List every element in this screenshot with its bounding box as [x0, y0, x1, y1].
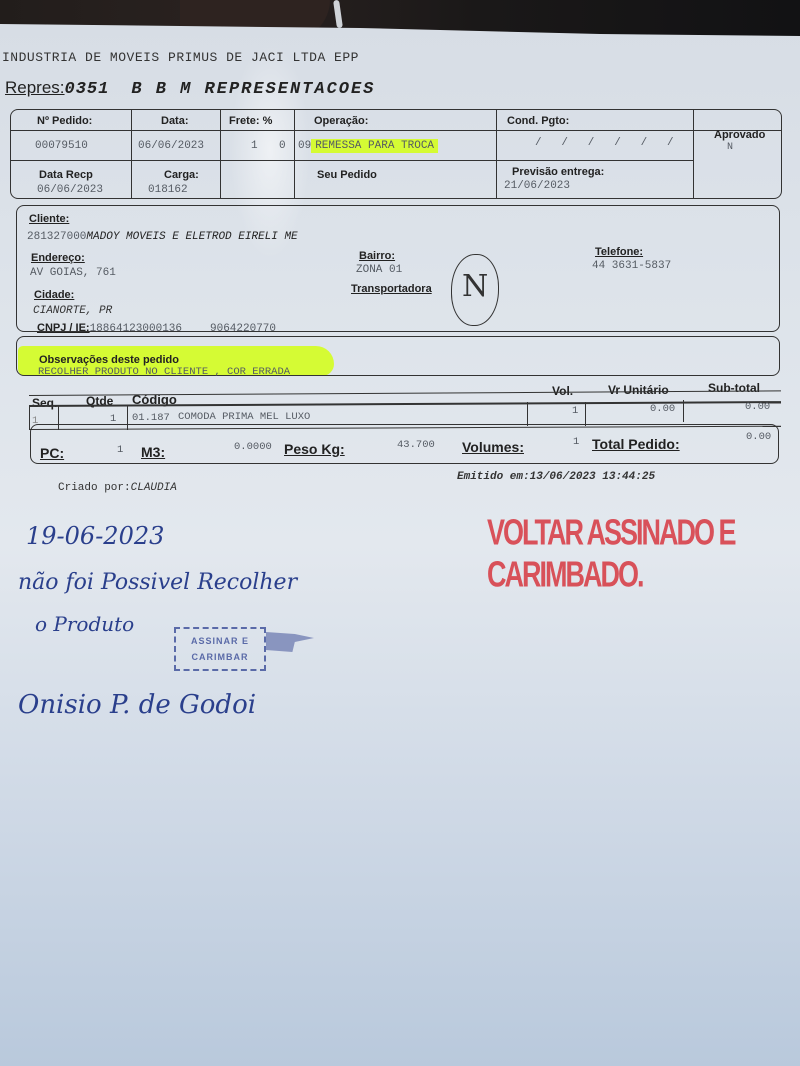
- aprovado-label: Aprovado: [714, 129, 765, 141]
- total-value: 0.00: [746, 431, 771, 443]
- client-box: Cliente: 281327000MADOY MOVEIS E ELETROD…: [16, 205, 780, 332]
- ie-value: 9064220770: [210, 323, 276, 335]
- cond-pgto-label: Cond. Pgto:: [507, 115, 569, 127]
- cell-vol: 1: [572, 405, 578, 417]
- volumes-value: 1: [573, 436, 579, 448]
- emitido-label: Emitido em:: [457, 471, 530, 483]
- divider: [29, 406, 30, 430]
- bairro-value: ZONA 01: [356, 264, 402, 276]
- criado-por: Criado por:CLAUDIA: [58, 482, 177, 494]
- cell-subtotal: 0.00: [745, 401, 770, 413]
- cnpj-value: 18864123000136: [90, 323, 182, 335]
- cell-descricao: COMODA PRIMA MEL LUXO: [178, 411, 310, 423]
- criado-value: CLAUDIA: [131, 482, 177, 494]
- cell-codigo: 01.187: [132, 412, 170, 424]
- stamp-line-1: ASSINAR E: [176, 633, 264, 649]
- m3-label: M3:: [141, 444, 165, 460]
- divider: [527, 402, 528, 426]
- cliente-value: 281327000MADOY MOVEIS E ELETROD EIRELI M…: [27, 230, 298, 243]
- cidade-label: Cidade:: [34, 289, 74, 301]
- cliente-code: 281327000: [27, 231, 86, 243]
- company-name: INDUSTRIA DE MOVEIS PRIMUS DE JACI LTDA …: [2, 50, 359, 65]
- frete-value: 1: [251, 140, 258, 152]
- handwritten-note-line-1: não foi Possivel Recolher: [18, 570, 297, 595]
- totals-box: PC: 1 M3: 0.0000 Peso Kg: 43.700 Volumes…: [30, 424, 779, 464]
- frete-label: Frete: %: [229, 115, 272, 127]
- handwritten-date: 19-06-2023: [26, 522, 164, 550]
- repres-code: 0351: [65, 80, 110, 99]
- pc-value: 1: [117, 444, 123, 456]
- cliente-name: MADOY MOVEIS E ELETROD EIRELI ME: [86, 231, 297, 243]
- data-value: 06/06/2023: [138, 140, 204, 152]
- operacao-text: REMESSA PARA TROCA: [311, 139, 438, 153]
- m3-value: 0.0000: [234, 441, 272, 453]
- cnpj-label: CNPJ / IE:: [37, 322, 90, 334]
- data-recp-value: 06/06/2023: [37, 184, 103, 196]
- transportadora-label: Transportadora: [351, 283, 432, 295]
- divider: [585, 402, 586, 426]
- observations-label: Observações deste pedido: [39, 354, 179, 366]
- telefone-label: Telefone:: [595, 246, 643, 258]
- divider: [11, 160, 693, 161]
- aprovado-value: N: [727, 142, 733, 153]
- bairro-label: Bairro:: [359, 250, 395, 262]
- previsao-label: Previsão entrega:: [512, 166, 604, 178]
- frete-pct: 0: [279, 140, 286, 152]
- volumes-label: Volumes:: [462, 439, 524, 455]
- emitido-em: Emitido em:13/06/2023 13:44:25: [457, 471, 655, 483]
- representative: Repres:0351B B M REPRESENTACOES: [5, 78, 375, 99]
- observations-text: RECOLHER PRODUTO NO CLIENTE , COR ERRADA: [38, 366, 290, 378]
- handwritten-note-line-2: o Produto: [35, 612, 134, 636]
- column-vr-unitario: Vr Unitário: [608, 383, 669, 397]
- divider: [693, 110, 694, 198]
- data-recp-label: Data Recp: [39, 169, 93, 181]
- divider: [131, 110, 132, 198]
- return-signed-stamp: VOLTAR ASSINADO E CARIMBADO.: [487, 512, 800, 596]
- repres-label: Repres:: [5, 78, 65, 97]
- column-subtotal: Sub-total: [708, 381, 760, 395]
- telefone-value: 44 3631-5837: [592, 260, 671, 272]
- sign-and-stamp-stamp: ASSINAR E CARIMBAR: [174, 627, 266, 671]
- pc-label: PC:: [40, 445, 64, 461]
- data-label: Data:: [161, 115, 189, 127]
- emitido-value: 13/06/2023 13:44:25: [530, 471, 655, 483]
- endereco-value: AV GOIAS, 761: [30, 267, 116, 279]
- cidade-value: CIANORTE, PR: [33, 305, 112, 317]
- observations-box: Observações deste pedido RECOLHER PRODUT…: [16, 336, 780, 376]
- divider: [683, 400, 684, 422]
- divider: [294, 110, 295, 198]
- circled-mark: N: [451, 254, 499, 326]
- circled-mark-letter: N: [462, 269, 488, 304]
- handwritten-signature: Onisio P. de Godoi: [18, 690, 256, 720]
- cliente-label: Cliente:: [29, 213, 69, 225]
- background-object-edge: [333, 0, 343, 28]
- criado-label: Criado por:: [58, 482, 131, 494]
- endereco-label: Endereço:: [31, 252, 85, 264]
- peso-label: Peso Kg:: [284, 441, 345, 457]
- order-header-box: Nº Pedido: 00079510 Data: 06/06/2023 Fre…: [10, 109, 782, 199]
- cond-pgto-value: / / / / / /: [535, 137, 674, 149]
- operacao-code: 09: [298, 140, 311, 152]
- cnpj-row: CNPJ / IE:188641230001369064220770: [37, 322, 276, 335]
- pedido-label: Nº Pedido:: [37, 115, 92, 127]
- divider: [11, 130, 781, 131]
- operacao-value: 09REMESSA PARA TROCA: [298, 140, 438, 152]
- carga-label: Carga:: [164, 169, 199, 181]
- previsao-value: 21/06/2023: [504, 180, 570, 192]
- operacao-label: Operação:: [314, 115, 368, 127]
- pedido-value: 00079510: [35, 140, 88, 152]
- divider: [220, 110, 221, 198]
- carga-value: 018162: [148, 184, 188, 196]
- seu-pedido-label: Seu Pedido: [317, 169, 377, 181]
- peso-value: 43.700: [397, 439, 435, 451]
- stamp-line-2: CARIMBAR: [176, 649, 264, 665]
- repres-name: B B M REPRESENTACOES: [131, 80, 375, 99]
- cell-vr-unitario: 0.00: [650, 403, 675, 415]
- divider: [496, 110, 497, 198]
- total-label: Total Pedido:: [592, 436, 680, 452]
- column-seq: Seq.: [32, 396, 57, 410]
